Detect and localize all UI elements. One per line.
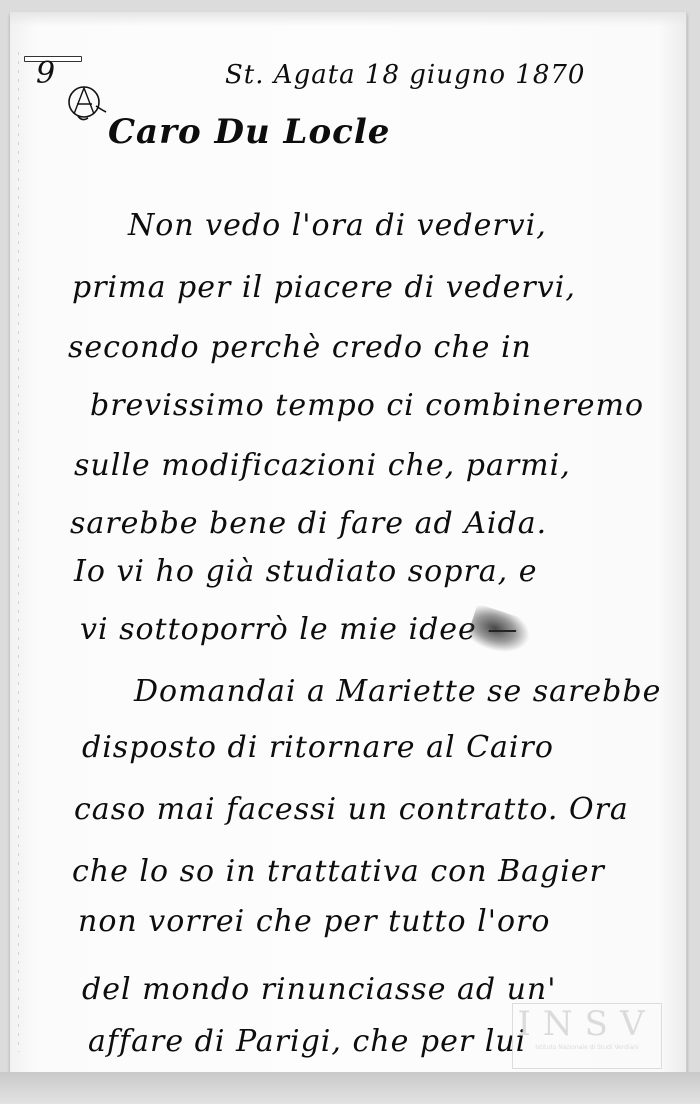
letter-date: St. Agata 18 giugno 1870 [225,60,585,90]
body-line: brevissimo tempo ci combineremo [90,388,644,423]
scan-background-strip [0,1072,700,1104]
body-line: Domandai a Mariette se sarebbe [134,674,661,709]
body-line: secondo perchè credo che in [68,330,532,365]
binding-crease [18,52,19,1052]
watermark-letters: INSV [513,1004,661,1044]
body-line: vi sottoporrò le mie idee — [80,612,518,647]
page-number: 9 [36,56,55,91]
body-line: caso mai facessi un contratto. Ora [74,792,629,827]
body-line: che lo so in trattativa con Bagier [72,854,605,889]
body-line: disposto di ritornare al Cairo [82,730,554,765]
body-line: sarebbe bene di fare ad Aida. [70,506,547,541]
archive-watermark: INSV Istituto Nazionale di Studi Verdian… [512,1003,662,1069]
monogram-stamp-icon [64,82,108,126]
body-line: prima per il piacere di vedervi, [72,270,576,305]
letter-salutation: Caro Du Locle [108,112,390,152]
body-line: del mondo rinunciasse ad un' [82,972,557,1007]
body-line: Io vi ho già studiato sopra, e [74,554,538,589]
body-line: sulle modificazioni che, parmi, [74,448,571,483]
ink-blot [465,604,534,661]
body-line: Non vedo l'ora di vedervi, [128,208,547,243]
watermark-subtitle: Istituto Nazionale di Studi Verdiani [513,1044,661,1052]
body-line: affare di Parigi, che per lui [88,1024,526,1059]
letter-page: 9 St. Agata 18 giugno 1870 Caro Du Locle… [10,12,687,1072]
body-line: non vorrei che per tutto l'oro [78,904,550,939]
page-top-shadow [10,12,686,26]
